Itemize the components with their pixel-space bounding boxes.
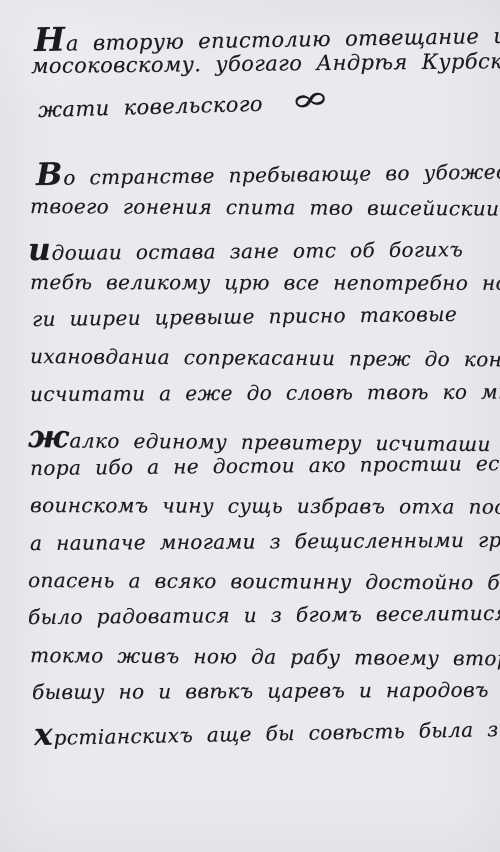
text-line: твоего гонения спита тво вшсейискии — [30, 194, 499, 220]
manuscript-page: На вторую епистолию отвещание црю и вели… — [0, 0, 500, 852]
text-line: ихановданиа сопрекасании преж до конце — [30, 344, 500, 371]
text-line: идошаи остава зане отс об богихъ — [28, 228, 463, 268]
text-line: тебѣ великому црю все непотребно но не — [30, 270, 500, 295]
title-line-text: жати ковельского — [38, 92, 263, 122]
text-line: Во странстве пребывающе во убожестве от — [36, 149, 500, 193]
text-line: бывшу но и ввѣкъ царевъ и народовъ — [32, 678, 489, 704]
text-line: пора ибо а не достои ако простши еси въ — [30, 451, 500, 480]
text-line: ги ширеи цревыше присно таковые — [32, 302, 457, 331]
flourish-icon: ∞ — [287, 78, 332, 120]
title-line: мосоковскому. убогаго Андрѣя Курбского к… — [31, 48, 500, 78]
text-line: воинскомъ чину сущь избравъ отха послушн… — [30, 493, 500, 519]
text-line: опасень а всяко воистинну достойно было — [28, 568, 500, 595]
title-line: жати ковельского∞ — [37, 81, 323, 125]
text-line: было радоватися и з бгомъ веселитися не — [28, 600, 500, 629]
text-line: а наипаче многами з бещисленными грѣхи — [30, 527, 500, 555]
text-line: хрстіанскихъ аще бы совѣсть была з истин… — [34, 706, 500, 753]
text-line: токмо живъ ною да рабу твоему второму — [30, 643, 500, 671]
text-line: исчитати а еже до словѣ твоѣ ко мнѣ — [30, 379, 500, 406]
